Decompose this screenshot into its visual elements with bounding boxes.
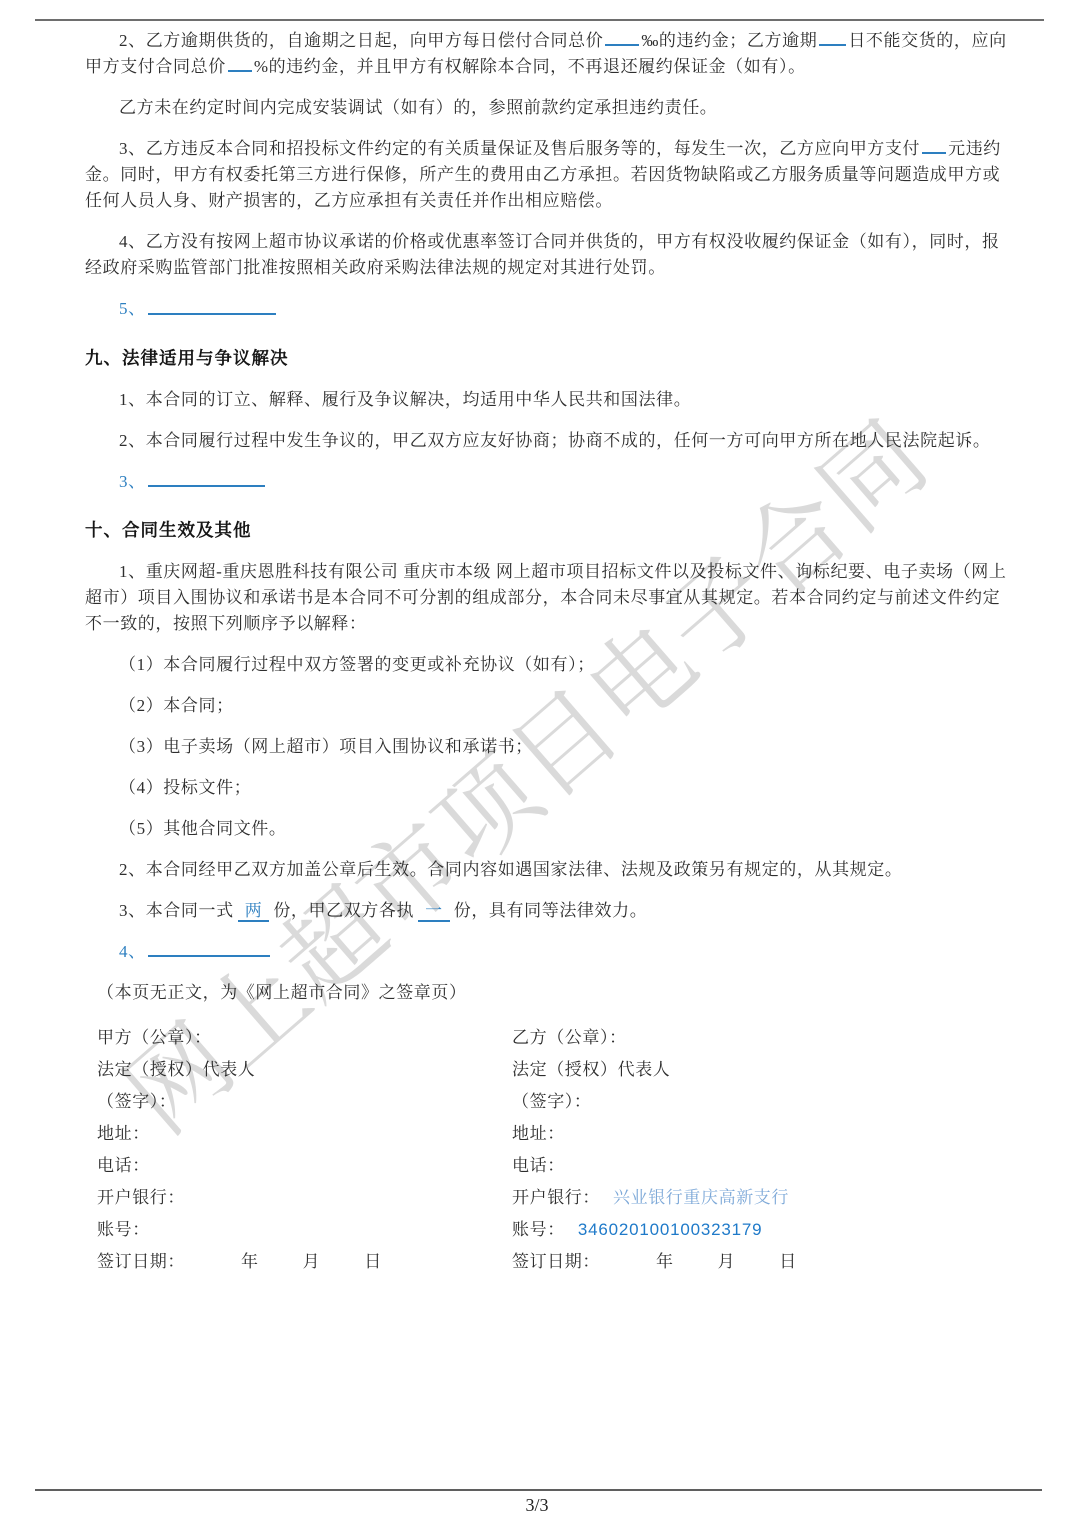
signature-label: 开户银行：	[512, 1188, 600, 1207]
paragraph-text: 3、乙方违反本合同和招投标文件约定的有关质量保证及售后服务等的，每发生一次，乙方…	[119, 139, 920, 158]
paragraph-text: （3）电子卖场（网上超市）项目入围协议和承诺书；	[119, 737, 533, 756]
no-body-text-note: （本页无正文，为《网上超市合同》之签章页）	[97, 980, 1015, 1006]
signature-row: 地址：	[512, 1118, 1015, 1150]
contract-paragraph: 4、	[85, 939, 1015, 965]
blank-field	[922, 136, 946, 154]
signature-label: 电话：	[512, 1156, 565, 1175]
signature-label: 签订日期：	[97, 1252, 185, 1271]
date-placeholder: 年	[241, 1252, 259, 1271]
section-heading: 十、合同生效及其他	[85, 517, 1015, 543]
signature-row: （签字）：	[97, 1086, 512, 1118]
paragraph-text: （2）本合同；	[119, 696, 234, 715]
contract-paragraph: （4）投标文件；	[85, 775, 1015, 801]
contract-paragraph: （3）电子卖场（网上超市）项目入围协议和承诺书；	[85, 734, 1015, 760]
signature-row: （签字）：	[512, 1086, 1015, 1118]
contract-paragraph: 1、本合同的订立、解释、履行及争议解决，均适用中华人民共和国法律。	[85, 387, 1015, 413]
top-rule	[35, 19, 1044, 21]
list-number-blue: 3、	[119, 472, 146, 491]
signature-row: 甲方（公章）：	[97, 1022, 512, 1054]
contract-paragraph: 2、乙方逾期供货的，自逾期之日起，向甲方每日偿付合同总价‰的违约金；乙方逾期日不…	[85, 28, 1015, 80]
filled-blank-value: 两	[238, 901, 270, 922]
contract-body: 2、乙方逾期供货的，自逾期之日起，向甲方每日偿付合同总价‰的违约金；乙方逾期日不…	[85, 28, 1015, 1278]
signature-label: 电话：	[97, 1156, 150, 1175]
date-placeholder: 年	[656, 1252, 674, 1271]
paragraph-text: 1、重庆网超-重庆恩胜科技有限公司 重庆市本级 网上超市项目招标文件以及投标文件…	[85, 562, 1006, 633]
signature-label: 账号：	[512, 1220, 565, 1239]
signature-label: 法定（授权）代表人	[512, 1060, 670, 1079]
contract-paragraph: 1、重庆网超-重庆恩胜科技有限公司 重庆市本级 网上超市项目招标文件以及投标文件…	[85, 559, 1015, 637]
list-number-blue: 4、	[119, 942, 146, 961]
paragraph-text: （4）投标文件；	[119, 778, 251, 797]
signature-label: 地址：	[512, 1124, 565, 1143]
signature-label: 签订日期：	[512, 1252, 600, 1271]
contract-paragraph: （2）本合同；	[85, 693, 1015, 719]
paragraph-text: ‰的违约金；乙方逾期	[641, 31, 817, 50]
signature-label: 开户银行：	[97, 1188, 185, 1207]
filled-blank-value: 一	[418, 901, 450, 922]
signature-row: 法定（授权）代表人	[97, 1054, 512, 1086]
paragraph-text: %的违约金，并且甲方有权解除本合同，不再退还履约保证金（如有）。	[254, 57, 806, 76]
signature-value-account: 346020100100323179	[578, 1220, 763, 1239]
blank-field	[819, 28, 846, 46]
contract-paragraph: 2、本合同经甲乙双方加盖公章后生效。合同内容如遇国家法律、法规及政策另有规定的，…	[85, 857, 1015, 883]
list-number-blue: 5、	[119, 300, 146, 319]
contract-document-page: 网上超市项目电子合同 2、乙方逾期供货的，自逾期之日起，向甲方每日偿付合同总价‰…	[0, 0, 1074, 1520]
signature-row: 账号：	[97, 1214, 512, 1246]
blank-field	[605, 28, 639, 46]
signature-row: 地址：	[97, 1118, 512, 1150]
paragraph-text: 份，具有同等法律效力。	[454, 901, 648, 920]
blank-field	[148, 939, 270, 957]
date-placeholder: 月	[718, 1252, 736, 1271]
signature-column-party-b: 乙方（公章）：法定（授权）代表人（签字）：地址：电话：开户银行：兴业银行重庆高新…	[512, 1022, 1015, 1278]
signature-row: 法定（授权）代表人	[512, 1054, 1015, 1086]
contract-paragraph: 5、	[85, 296, 1015, 322]
contract-paragraph: （5）其他合同文件。	[85, 816, 1015, 842]
signature-label: 地址：	[97, 1124, 150, 1143]
signature-label: 甲方（公章）：	[97, 1028, 212, 1047]
contract-paragraph: 2、本合同履行过程中发生争议的，甲乙双方应友好协商；协商不成的，任何一方可向甲方…	[85, 428, 1015, 454]
contract-paragraph: 3、	[85, 469, 1015, 495]
signature-row: 签订日期：年月日	[512, 1246, 1015, 1278]
blank-field	[148, 296, 276, 314]
contract-paragraph: 4、乙方没有按网上超市协议承诺的价格或优惠率签订合同并供货的，甲方有权没收履约保…	[85, 229, 1015, 281]
footer-rule	[35, 1489, 1042, 1491]
signature-row: 电话：	[97, 1150, 512, 1182]
signature-label: （签字）：	[97, 1092, 177, 1111]
signature-row: 开户银行：	[97, 1182, 512, 1214]
page-number: 3/3	[0, 1492, 1074, 1518]
signature-label: 法定（授权）代表人	[97, 1060, 255, 1079]
paragraph-text: 2、乙方逾期供货的，自逾期之日起，向甲方每日偿付合同总价	[119, 31, 603, 50]
signature-row: 签订日期：年月日	[97, 1246, 512, 1278]
signature-section: 甲方（公章）：法定（授权）代表人（签字）：地址：电话：开户银行：账号：签订日期：…	[97, 1022, 1015, 1278]
paragraph-text: 2、本合同履行过程中发生争议的，甲乙双方应友好协商；协商不成的，任何一方可向甲方…	[119, 431, 991, 450]
blank-field	[148, 469, 265, 487]
contract-paragraph: 3、本合同一式两份，甲乙双方各执一份，具有同等法律效力。	[85, 898, 1015, 924]
paragraph-text: 4、乙方没有按网上超市协议承诺的价格或优惠率签订合同并供货的，甲方有权没收履约保…	[85, 232, 1000, 277]
paragraph-text: 1、本合同的订立、解释、履行及争议解决，均适用中华人民共和国法律。	[119, 390, 691, 409]
paragraph-text: 份，甲乙双方各执	[273, 901, 414, 920]
signature-row: 开户银行：兴业银行重庆高新支行	[512, 1182, 1015, 1214]
date-placeholder: 日	[364, 1252, 382, 1271]
signature-label: 乙方（公章）：	[512, 1028, 627, 1047]
contract-paragraph: 3、乙方违反本合同和招投标文件约定的有关质量保证及售后服务等的，每发生一次，乙方…	[85, 136, 1015, 214]
paragraph-text: 2、本合同经甲乙双方加盖公章后生效。合同内容如遇国家法律、法规及政策另有规定的，…	[119, 860, 903, 879]
blank-field	[228, 54, 252, 72]
date-placeholder: 日	[779, 1252, 797, 1271]
section-heading: 九、法律适用与争议解决	[85, 345, 1015, 371]
signature-label: 账号：	[97, 1220, 150, 1239]
contract-paragraph: 乙方未在约定时间内完成安装调试（如有）的，参照前款约定承担违约责任。	[85, 95, 1015, 121]
paragraph-text: （1）本合同履行过程中双方签署的变更或补充协议（如有）；	[119, 655, 595, 674]
signature-label: （签字）：	[512, 1092, 592, 1111]
paragraph-text: 乙方未在约定时间内完成安装调试（如有）的，参照前款约定承担违约责任。	[119, 98, 717, 117]
signature-row: 账号：346020100100323179	[512, 1214, 1015, 1246]
signature-value-bank: 兴业银行重庆高新支行	[613, 1188, 789, 1207]
signature-row: 乙方（公章）：	[512, 1022, 1015, 1054]
contract-paragraph: （1）本合同履行过程中双方签署的变更或补充协议（如有）；	[85, 652, 1015, 678]
date-placeholder: 月	[303, 1252, 321, 1271]
paragraph-text: （5）其他合同文件。	[119, 819, 287, 838]
paragraph-text: 3、本合同一式	[119, 901, 234, 920]
signature-column-party-a: 甲方（公章）：法定（授权）代表人（签字）：地址：电话：开户银行：账号：签订日期：…	[97, 1022, 512, 1278]
signature-row: 电话：	[512, 1150, 1015, 1182]
